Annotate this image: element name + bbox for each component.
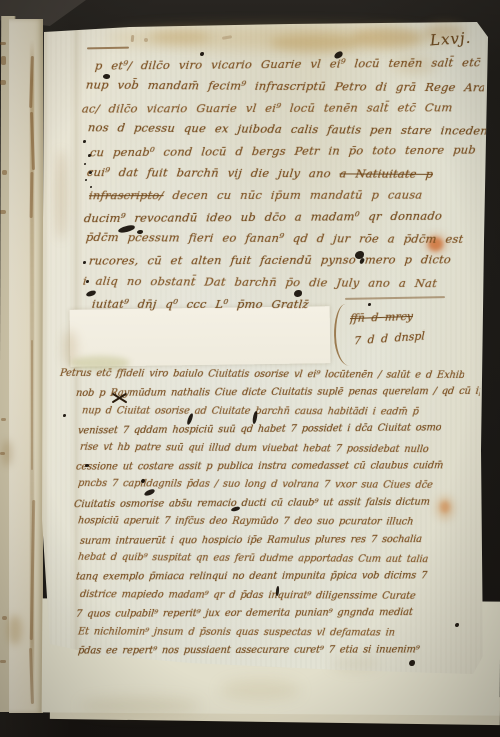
- manuscript-line: pncbs 7 capildagnils p̄das / suo long d …: [77, 478, 433, 491]
- ink-mark: [2, 170, 7, 175]
- manuscript-line: i aliq no obstant̄ Dat barchn̄ p̄o die J…: [82, 274, 438, 290]
- manuscript-photo: Lxvj. p et⁹/ dilc̄o viro vicario Guarie …: [0, 0, 500, 737]
- manuscript-line: suram intrauerūt i quo hospicio ip̄e Ram…: [79, 534, 422, 547]
- manuscript-line: rise vt hb̄ patre suū qui illud dum viue…: [79, 441, 429, 454]
- ink-blot: [85, 179, 87, 181]
- manuscript-line: nup d Ciuitat̄ osorise ad Ciuitate barch…: [81, 405, 419, 417]
- manuscript-line: hebat d quib⁹ suspitat̄ qn eas ferū dudm…: [77, 552, 428, 565]
- manuscript-line: Ciuitatis osmorise abs̄u remacio ducti c…: [73, 497, 430, 510]
- ink-mark: [0, 210, 6, 214]
- manuscript-line: p et⁹/ dilc̄o viro vicario Guarie vl ei⁹…: [94, 55, 481, 72]
- ink-blot: [84, 163, 86, 165]
- ink-blot: [90, 186, 92, 188]
- manuscript-line: Et nichilomin⁹ jnsum d p̄sonis quas susp…: [77, 626, 395, 638]
- manuscript-line: districe mapiedo madam⁹ qr d p̄das inqui…: [79, 589, 416, 602]
- ink-mark: [131, 35, 135, 42]
- ink-mark: [2, 616, 7, 620]
- manuscript-line: p̄das ee repert⁹ nos pussiaent assecurar…: [77, 644, 420, 656]
- manuscript-line: infrascripto/ decen cu nūc ip̄um mandatū…: [88, 188, 423, 203]
- manuscript-line: tanq exemplo p̄miaca relinqui no deant i…: [75, 571, 427, 583]
- manuscript-line: 7 d d dnspl̄: [354, 329, 425, 347]
- ink-mark: [1, 56, 6, 65]
- ink-mark: [0, 452, 5, 455]
- manuscript-line: cu penab⁰ cond locū d bergs Petr in p̄o …: [89, 143, 476, 160]
- marginal-bracket: [333, 304, 353, 367]
- manuscript-line: ducim⁹ revocandū ideo ub dc̄o a madam⁰ q…: [83, 208, 443, 225]
- ink-mark: [144, 38, 148, 42]
- ink-mark: [0, 42, 6, 45]
- writing-layer: Lxvj. p et⁹/ dilc̄o viro vicario Guarie …: [0, 0, 500, 737]
- folio-number: Lxvj.: [429, 29, 471, 50]
- manuscript-line: Petrus etc̄ ffideli viro baiulo Ciuitati…: [59, 368, 464, 381]
- manuscript-line: venisset 7 qddam hospiciū suū qd habet 7…: [77, 423, 442, 437]
- manuscript-line: ac/ dilc̄o vicario Guarie vl ei⁹ locū te…: [81, 100, 453, 115]
- ink-mark: [0, 80, 6, 85]
- manuscript-line: rucores, cū et alten fuit faciendū pynso…: [88, 253, 451, 268]
- manuscript-line: cui⁹ dat fuit barchn̄ vij die july ano a…: [86, 165, 434, 181]
- manuscript-line: ffn̄ d mrcy: [350, 310, 414, 325]
- ink-mark: [31, 340, 33, 470]
- manuscript-line: nob̄ p Raymūdum nathalis Ciue dicte Ciui…: [75, 386, 480, 399]
- manuscript-line: hospiciū aperuit 7 infc̄us deo Raymūdo 7…: [77, 516, 413, 528]
- manuscript-line: nos d pcessu que ex juiboda calis fautis…: [87, 121, 487, 138]
- manuscript-line: iuitat⁹ dn̄j q⁰ ccc L⁰ p̄mo Gratlz̄: [91, 297, 309, 311]
- manuscript-line: cessione ut costare assit p publica inst…: [75, 460, 443, 472]
- ink-cross-out: [113, 392, 126, 403]
- ink-mark: [1, 418, 6, 421]
- manuscript-line: nup vob̄ mandam̄ fecim⁹ infrascriptū Pet…: [85, 77, 485, 94]
- manuscript-line: 7 quos culpabil⁹ reperit⁹ jux eor demeri…: [75, 607, 413, 620]
- ink-mark: [0, 660, 6, 663]
